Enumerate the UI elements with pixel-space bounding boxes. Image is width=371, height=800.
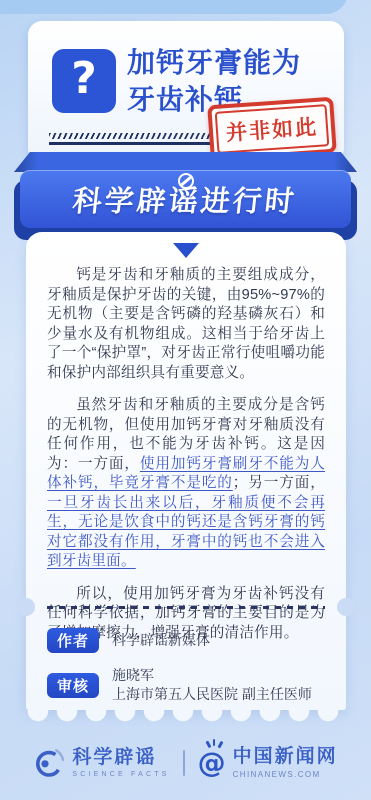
author-badge: 作者 <box>47 628 99 653</box>
dashed-divider <box>47 606 325 609</box>
author-row: 作者 科学辟谣新媒体 <box>47 628 330 653</box>
banner-ribbon: 科学辟谣进行时 <box>20 170 351 228</box>
down-triangle-icon <box>173 243 199 258</box>
question-mark-glyph: ? <box>71 57 97 101</box>
scalloped-edge <box>26 710 346 722</box>
paragraph2-normal2: ；另一方面， <box>233 475 325 491</box>
reviewer-row: 审核 施晓军 上海市第五人民医院 副主任医师 <box>47 666 330 704</box>
at-glyph: @ <box>198 746 226 779</box>
credits: 作者 科学辟谣新媒体 审核 施晓军 上海市第五人民医院 副主任医师 <box>47 628 330 717</box>
ticket-notch-left <box>17 598 35 616</box>
article: 钙是牙齿和牙釉质的主要组成成分，牙釉质是保护牙齿的关键，由95%~97%的无机物… <box>47 266 325 656</box>
hatched-underline <box>49 133 212 139</box>
at-icon: @ <box>198 748 226 778</box>
highlighted-claim-2: 一旦牙齿长出来以后，牙釉质便不会再生，无论是饮食中的钙还是含钙牙膏的钙对它都没有… <box>47 495 325 570</box>
chinanews-title: 中国新闻网 <box>233 747 338 767</box>
reviewer-badge: 审核 <box>47 673 99 698</box>
science-facts-title: 科学辟谣 <box>72 748 156 768</box>
header-stand <box>14 152 357 172</box>
science-facts-subtitle: SCIENCE FACTS <box>72 771 169 778</box>
no-rumor-icon <box>178 173 194 189</box>
page-title-line1: 加钙牙膏能为 <box>127 44 301 81</box>
science-facts-icon <box>33 747 65 779</box>
disproven-stamp: 并非如此 <box>207 97 337 162</box>
content-card: 钙是牙齿和牙釉质的主要组成成分，牙釉质是保护牙齿的关键，由95%~97%的无机物… <box>26 232 346 710</box>
footer: 科学辟谣 SCIENCE FACTS @ 中国新闻网 CHINANEWS.COM <box>0 740 371 786</box>
science-facts-text: 科学辟谣 SCIENCE FACTS <box>72 748 169 778</box>
poster-background: ? 加钙牙膏能为 牙齿补钙 并非如此 科学辟谣进行时 钙是牙齿和牙釉质的主要组成… <box>0 0 371 800</box>
chinanews-text: 中国新闻网 CHINANEWS.COM <box>233 747 338 779</box>
solid-underline <box>49 142 212 145</box>
reviewer-name: 施晓军 <box>112 666 312 685</box>
question-icon: ? <box>52 49 116 113</box>
paragraph-why-no-effect: 虽然牙齿和牙釉质的主要成分是含钙的无机物，但使用加钙牙膏对牙釉质没有任何作用，也… <box>47 396 325 572</box>
logo-divider <box>183 750 185 776</box>
stamp-text: 并非如此 <box>215 104 330 154</box>
science-facts-logo: 科学辟谣 SCIENCE FACTS <box>33 747 169 779</box>
author-name: 科学辟谣新媒体 <box>112 631 210 650</box>
header-card: ? 加钙牙膏能为 牙齿补钙 并非如此 <box>28 21 344 162</box>
chinanews-logo: @ 中国新闻网 CHINANEWS.COM <box>198 747 338 779</box>
chinanews-subtitle: CHINANEWS.COM <box>233 770 321 779</box>
ticket-notch-right <box>337 598 355 616</box>
top-decoration-bar <box>0 0 348 14</box>
reviewer-info: 施晓军 上海市第五人民医院 副主任医师 <box>112 666 312 704</box>
reviewer-affiliation: 上海市第五人民医院 副主任医师 <box>112 685 312 704</box>
paragraph-enamel-intro: 钙是牙齿和牙釉质的主要组成成分，牙釉质是保护牙齿的关键，由95%~97%的无机物… <box>47 266 325 383</box>
